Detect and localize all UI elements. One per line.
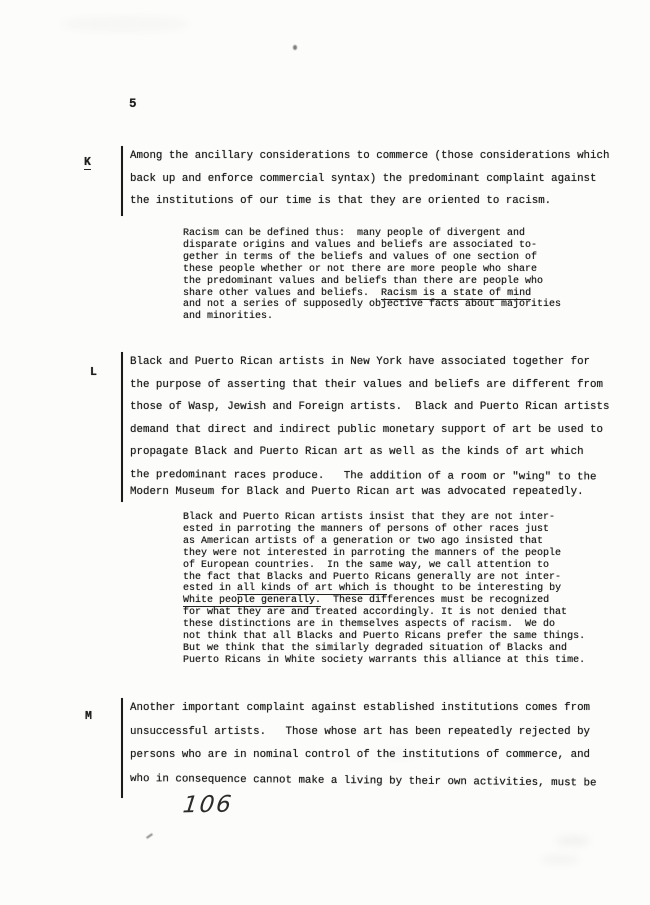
paragraph-k: Among the ancillary considerations to co… [130, 145, 609, 213]
underlined-text: Racism is a state of mind [381, 288, 531, 300]
text-segment: share other values and beliefs. [183, 288, 381, 299]
margin-label-l: L [90, 366, 97, 379]
text-line: ested in parroting the manners of person… [183, 524, 585, 536]
text-line: and minorities. [183, 311, 561, 323]
text-line: Black and Puerto Rican artists in New Yo… [130, 351, 609, 374]
page-number: 5 [129, 97, 137, 111]
text-line: for what they are and treated accordingl… [183, 607, 585, 619]
scan-speck [293, 45, 297, 50]
blockquote-artists-alliance: Black and Puerto Rican artists insist th… [183, 512, 585, 667]
text-line: share other values and beliefs. Racism i… [183, 288, 561, 300]
text-line: these people whether or not there are mo… [183, 264, 561, 276]
paragraph-l: Black and Puerto Rican artists in New Yo… [130, 351, 609, 504]
text-line: the fact that Blacks and Puerto Ricans g… [183, 572, 585, 584]
margin-label-m: M [85, 710, 92, 723]
text-segment: ested in [183, 583, 237, 594]
text-line: of European countries. In the same way, … [183, 560, 585, 572]
pen-mark [146, 833, 153, 839]
scan-smudge [540, 855, 580, 864]
handwritten-folio-number: 106 [181, 792, 234, 819]
text-line: unsuccessful artists. Those whose art ha… [130, 721, 597, 745]
text-line: and not a series of supposedly objective… [183, 299, 561, 311]
margin-label-k: K [84, 156, 91, 169]
text-line: disparate origins and values and beliefs… [183, 240, 561, 252]
text-line: the purpose of asserting that their valu… [130, 374, 609, 397]
text-line: not think that all Blacks and Puerto Ric… [183, 631, 585, 643]
text-line: Racism can be defined thus: many people … [183, 228, 561, 240]
text-line: Another important complaint against esta… [130, 697, 597, 721]
scanned-document-page: 5 K Among the ancillary considerations t… [0, 0, 650, 905]
text-line: ested in all kinds of art which is thoug… [183, 583, 585, 595]
blockquote-racism-definition: Racism can be defined thus: many people … [183, 228, 561, 323]
margin-rule-m [121, 698, 123, 798]
paragraph-m: Another important complaint against esta… [130, 697, 597, 791]
text-segment: thought to be interesting by [387, 583, 561, 594]
underlined-text: all kinds of art which is [237, 583, 387, 595]
text-line: Black and Puerto Rican artists insist th… [183, 512, 585, 524]
text-segment: These differences must be recognized [321, 595, 549, 606]
margin-label-k-text: K [84, 156, 91, 170]
text-line: Puerto Ricans in White society warrants … [183, 655, 585, 667]
text-line: propagate Black and Puerto Rican art as … [130, 441, 609, 464]
text-line: as American artists of a generation or t… [183, 536, 585, 548]
scan-smudge [60, 16, 190, 32]
text-line: persons who are in nominal control of th… [130, 744, 597, 768]
text-line: demand that direct and indirect public m… [130, 419, 609, 442]
text-line: back up and enforce commercial syntax) t… [130, 168, 609, 191]
margin-rule-k [121, 146, 123, 216]
margin-rule-l [121, 352, 123, 502]
text-line: the institutions of our time is that the… [130, 190, 609, 213]
text-line: White people generally. These difference… [183, 595, 585, 607]
text-line: the predominant values and beliefs than … [183, 276, 561, 288]
underlined-text: White people generally. [183, 595, 321, 607]
text-line: these distinctions are in themselves asp… [183, 619, 585, 631]
text-line: Among the ancillary considerations to co… [130, 145, 609, 168]
text-line: those of Wasp, Jewish and Foreign artist… [130, 396, 609, 419]
scan-smudge [556, 836, 590, 846]
text-line: the predominant races produce. The addit… [130, 464, 610, 489]
text-line: But we think that the similarly degraded… [183, 643, 585, 655]
text-line: they were not interested in parroting th… [183, 548, 585, 560]
text-line: gether in terms of the beliefs and value… [183, 252, 561, 264]
